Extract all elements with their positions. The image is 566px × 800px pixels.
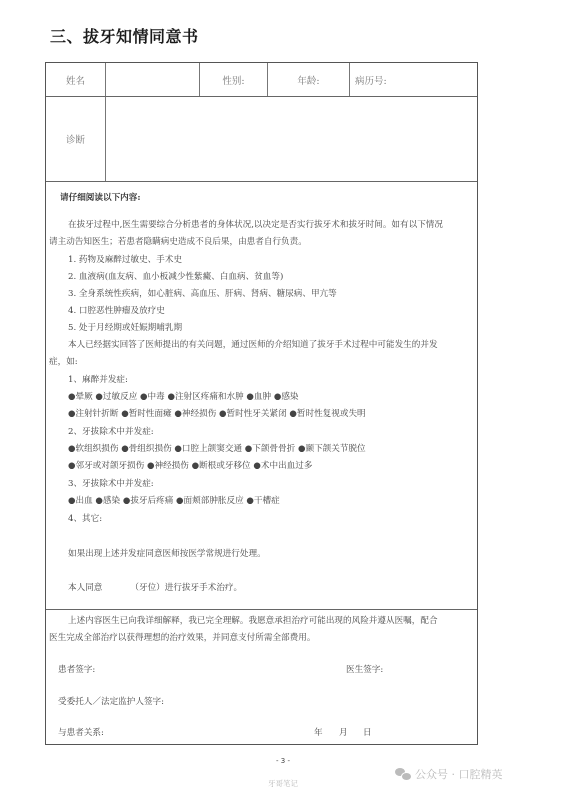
complication-list-line: ●邻牙或对颌牙损伤 ●神经损伤 ●断根或牙移位 ●术中出血过多 <box>68 458 312 475</box>
complication-list-line: ●晕厥 ●过敏反应 ●中毒 ●注射区疼痛和水肿 ●血肿 ●感染 <box>68 389 299 406</box>
statement-line1: 本人已经据实回答了医师提出的有关问题，通过医师的介绍知道了拔牙手术过程中可能发生… <box>68 337 438 354</box>
declaration-line1: 上述内容医生已向我详细解释，我已完全理解。我愿意承担治疗可能出现的风险并遵从医嘱… <box>68 613 438 630</box>
patient-signature-label: 患者签字: <box>58 662 95 679</box>
diagnosis-row: 诊断 <box>46 97 477 182</box>
extraction-complications-heading: 2、牙拔除术中并发症: <box>68 424 154 441</box>
consent-form-table: 姓名 性别: 年龄: 病历号: 诊断 请仔细阅读以下内容: 在拔牙过程中,医生需… <box>45 62 478 745</box>
date-day-label: 日 <box>363 725 372 742</box>
declaration-line2: 医生完成全部治疗以获得理想的治疗效果，并同意支付所需全部费用。 <box>49 630 315 647</box>
statement-line2: 症，如: <box>49 354 78 371</box>
condition-item: 2. 血液病(血友病、血小板减少性紫癜、白血病、贫血等) <box>68 269 283 286</box>
document-title: 三、拔牙知情同意书 <box>50 24 199 47</box>
relation-field[interactable] <box>116 725 266 741</box>
consent-content-section: 请仔细阅读以下内容: 在拔牙过程中,医生需要综合分析患者的身体状况,以决定是否实… <box>46 182 477 610</box>
diagnosis-field[interactable] <box>106 97 477 181</box>
relation-label: 与患者关系: <box>58 725 104 742</box>
complication-list-line: ●软组织损伤 ●骨组织损伤 ●口腔上颌窦交通 ●下颌骨骨折 ●颞下颌关节脱位 <box>68 441 366 458</box>
name-label: 姓名 <box>46 63 106 96</box>
consent-statement: 本人同意（牙位）进行拔牙手术治疗。 <box>68 580 242 597</box>
patient-info-row: 姓名 性别: 年龄: 病历号: <box>46 63 477 97</box>
handling-statement: 如果出现上述并发症同意医师按医学常规进行处理。 <box>68 546 266 563</box>
wechat-icon <box>395 768 411 780</box>
consent-prefix: 本人同意 <box>68 583 102 593</box>
complication-list-line: ●出血 ●感染 ●拔牙后疼痛 ●面颊部肿胀反应 ●干槽症 <box>68 493 280 510</box>
intro-paragraph-line1: 在拔牙过程中,医生需要综合分析患者的身体状况,以决定是否实行拔牙术和拔牙时间。如… <box>68 217 443 234</box>
doctor-signature-field[interactable] <box>394 662 464 678</box>
record-number-field[interactable]: 病历号: <box>350 63 477 96</box>
doctor-signature-label: 医生签字: <box>346 662 383 679</box>
date-year-label: 年 <box>314 725 323 742</box>
proxy-signature-field[interactable] <box>176 694 376 710</box>
intro-paragraph-line2: 请主动告知医生；若患者隐瞒病史造成不良后果，由患者自行负责。 <box>49 234 307 251</box>
read-carefully-heading: 请仔细阅读以下内容: <box>60 190 141 207</box>
complication-list-line: ●注射针折断 ●暂时性面瘫 ●神经损伤 ●暂时性牙关紧闭 ●暂时性复视或失明 <box>68 406 366 423</box>
patient-signature-field[interactable] <box>106 662 306 678</box>
proxy-signature-label: 受委托人／法定监护人签字: <box>58 694 164 711</box>
postop-complications-heading: 3、牙拔除术中并发症: <box>68 476 154 493</box>
page-number: - 3 - <box>0 757 566 765</box>
watermark: 公众号 · 口腔精英 <box>395 766 503 782</box>
condition-item: 5. 处于月经期或妊娠期哺乳期 <box>68 320 182 337</box>
consent-suffix: （牙位）进行拔牙手术治疗。 <box>130 583 242 593</box>
signature-section: 上述内容医生已向我详细解释，我已完全理解。我愿意承担治疗可能出现的风险并遵从医嘱… <box>46 610 477 744</box>
diagnosis-label: 诊断 <box>46 97 106 181</box>
anesthesia-complications-heading: 1、麻醉并发症: <box>68 372 128 389</box>
other-complications-heading: 4、其它: <box>68 511 102 528</box>
watermark-text: 公众号 · 口腔精英 <box>415 766 503 782</box>
date-month-label: 月 <box>339 725 348 742</box>
gender-field[interactable]: 性别: <box>200 63 268 96</box>
condition-item: 3. 全身系统性疾病，如心脏病、高血压、肝病、肾病、糖尿病、甲亢等 <box>68 286 337 303</box>
condition-item: 1. 药物及麻醉过敏史、手术史 <box>68 252 182 269</box>
age-field[interactable]: 年龄: <box>268 63 350 96</box>
condition-item: 4. 口腔恶性肿瘤及放疗史 <box>68 303 165 320</box>
name-field[interactable] <box>106 63 200 96</box>
